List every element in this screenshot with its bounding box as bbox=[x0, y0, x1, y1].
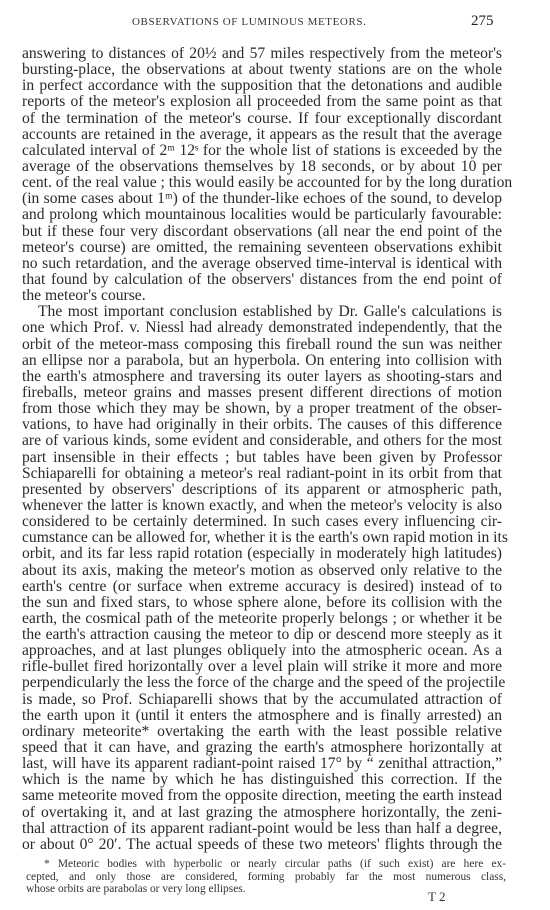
text-line: an ellipse nor a parabola, but an hyperb… bbox=[22, 353, 502, 369]
text-line: one which Prof. v. Niessl had already de… bbox=[22, 320, 502, 336]
text-line: the earth upon it (until it enters the a… bbox=[22, 708, 502, 724]
text-line: are of various kinds, some evident and c… bbox=[22, 433, 502, 449]
page-number: 275 bbox=[471, 13, 494, 30]
text-line: in perfect accordance with the suppositi… bbox=[22, 78, 502, 94]
text-line: the earth's attraction causing the meteo… bbox=[22, 627, 502, 643]
text-line: approaches, and at last plunges obliquel… bbox=[22, 643, 502, 659]
text-line: whenever the latter is known exactly, an… bbox=[22, 498, 502, 514]
text-line: no such retardation, and the average obs… bbox=[22, 256, 502, 272]
running-head: OBSERVATIONS OF LUMINOUS METEORS. 275 bbox=[0, 14, 550, 34]
text-line: thal attraction of its apparent radiant-… bbox=[22, 821, 502, 837]
text-line: fireballs, meteor grains and masses pres… bbox=[22, 385, 502, 401]
text-line: or about 0° 20′. The actual speeds of th… bbox=[22, 837, 502, 853]
text-line: which is the name by which he has distin… bbox=[22, 772, 502, 788]
text-line: the sun and fixed stars, to whose sphere… bbox=[22, 595, 502, 611]
signature-mark: T 2 bbox=[428, 889, 445, 905]
book-page: OBSERVATIONS OF LUMINOUS METEORS. 275 an… bbox=[0, 0, 550, 910]
text-line: the earth's atmosphere and traversing it… bbox=[22, 369, 502, 385]
text-line: rifle-bullet fired horizontally over a l… bbox=[22, 659, 502, 675]
running-title: OBSERVATIONS OF LUMINOUS METEORS. bbox=[132, 16, 366, 28]
text-line: speed that it can have, and grazing the … bbox=[22, 740, 502, 756]
text-line: calculated interval of 2ᵐ 12ˢ for the wh… bbox=[22, 143, 502, 159]
text-line: cent. of the real value ; this would eas… bbox=[22, 175, 502, 191]
body-text: answering to distances of 20½ and 57 mil… bbox=[22, 46, 502, 853]
text-line: perpendicularly the less the force of th… bbox=[22, 675, 502, 691]
text-line: meteor's course) are omitted, the remain… bbox=[22, 240, 502, 256]
text-line: accounts are retained in the average, it… bbox=[22, 127, 502, 143]
footnote-line: * Meteoric bodies with hyperbolic or nea… bbox=[26, 858, 506, 871]
text-line: answering to distances of 20½ and 57 mil… bbox=[22, 46, 502, 62]
text-line: cumstance can be allowed for, whether it… bbox=[22, 530, 502, 546]
text-line: that found by calculation of the observe… bbox=[22, 272, 502, 288]
text-line: considered to be certainly determined. I… bbox=[22, 514, 502, 530]
text-line: ordinary meteorite* overtaking the earth… bbox=[22, 724, 502, 740]
text-line: orbit of the meteor-mass composing this … bbox=[22, 337, 502, 353]
paragraph-start-line: The most important conclusion establishe… bbox=[22, 304, 502, 320]
text-line: but if these four very discordant observ… bbox=[22, 224, 502, 240]
text-line: Schiaparelli for obtaining a meteor's re… bbox=[22, 466, 502, 482]
text-line: from those which they may be shown, by a… bbox=[22, 401, 502, 417]
text-line: of overtaking it, and at last grazing th… bbox=[22, 805, 502, 821]
text-line: last, will have its apparent radiant-poi… bbox=[22, 756, 502, 772]
text-line: about its axis, making the meteor's moti… bbox=[22, 563, 502, 579]
text-line: part insensible in their effects ; but t… bbox=[22, 450, 502, 466]
text-line: reports of the meteor's explosion all pr… bbox=[22, 94, 502, 110]
text-line: bursting-place, the observations at abou… bbox=[22, 62, 502, 78]
text-line: earth's centre (or surface when extreme … bbox=[22, 579, 502, 595]
text-line: (in some cases about 1ᵐ) of the thunder-… bbox=[22, 191, 502, 207]
text-line: average of the observations themselves b… bbox=[22, 159, 502, 175]
text-line: presented by observers' descriptions of … bbox=[22, 482, 502, 498]
text-line: vations, to have had originally in their… bbox=[22, 417, 502, 433]
text-line: of the termination of the meteor's cours… bbox=[22, 111, 502, 127]
text-line: earth, the cosmical path of the meteorit… bbox=[22, 611, 502, 627]
text-line: orbit, and its far less rapid rotation (… bbox=[22, 546, 502, 562]
text-line: is made, so Prof. Schiaparelli shows tha… bbox=[22, 692, 502, 708]
text-line: same meteorite moved from the opposite d… bbox=[22, 788, 502, 804]
paragraph-end-line: the meteor's course. bbox=[22, 288, 502, 304]
footnote-line: cepted, and only those are considered, f… bbox=[26, 871, 506, 884]
text-line: and prolong which mountainous localities… bbox=[22, 207, 502, 223]
